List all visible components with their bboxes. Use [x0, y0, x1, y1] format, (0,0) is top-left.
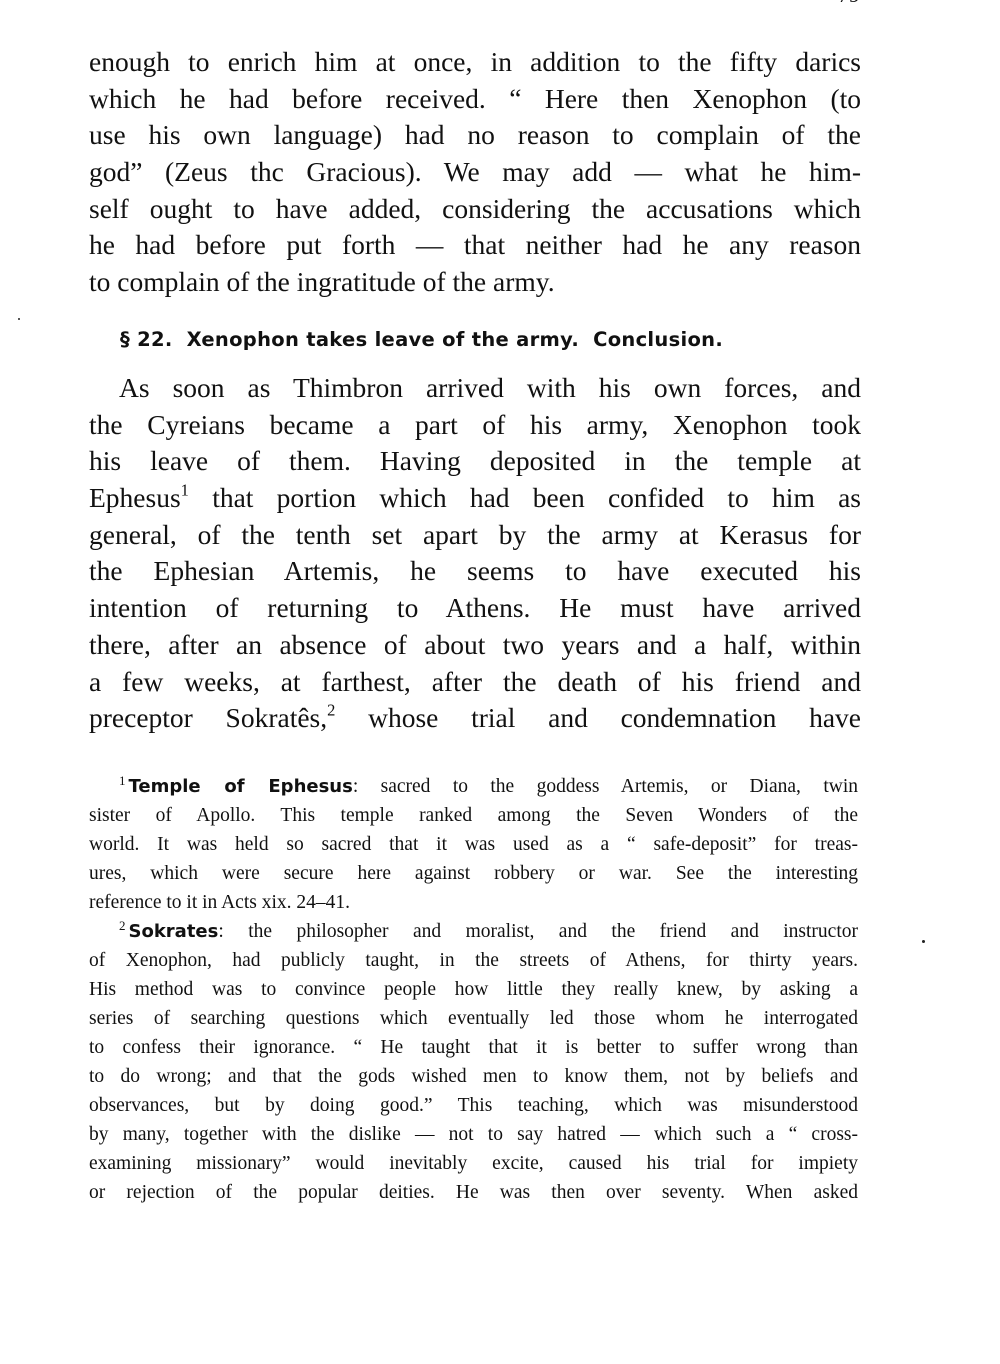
footnote-line: 1Temple of Ephesus: sacred to the goddes… — [89, 772, 858, 801]
footnote-1: 1Temple of Ephesus: sacred to the goddes… — [89, 772, 858, 917]
text-line: a few weeks, at farthest, after the deat… — [89, 664, 861, 701]
text-line: the Cyreians became a part of his army, … — [89, 407, 861, 444]
text-line: to complain of the ingratitude of the ar… — [89, 264, 861, 301]
footnote-line: His method was to convince people how li… — [89, 975, 858, 1004]
footnote-ref-1[interactable]: 1 — [181, 481, 189, 500]
footnote-line: or rejection of the popular deities. He … — [89, 1178, 858, 1207]
text-line: his leave of them. Having deposited in t… — [89, 443, 861, 480]
text-line-with-footnote: preceptor Sokratês,2 whose trial and con… — [89, 700, 861, 737]
text-line: the Ephesian Artemis, he seems to have e… — [89, 553, 861, 590]
text-line: intention of returning to Athens. He mus… — [89, 590, 861, 627]
book-page: 79 enough to enrich him at once, in addi… — [0, 0, 1000, 1364]
scan-speck — [18, 318, 20, 320]
footnote-marker: 2 — [119, 918, 126, 933]
footnote-line: to do wrong; and that the gods wished me… — [89, 1062, 858, 1091]
scan-speck — [922, 940, 925, 943]
text-line: god” (Zeus thc Gracious). We may add — w… — [89, 154, 861, 191]
text-line: he had before put forth — that neither h… — [89, 227, 861, 264]
footnote-line: by many, together with the dislike — not… — [89, 1120, 858, 1149]
footnote-line: observances, but by doing good.” This te… — [89, 1091, 858, 1120]
footnote-label: Sokrates — [129, 921, 219, 942]
footnote-line: reference to it in Acts xix. 24–41. — [89, 888, 858, 917]
paragraph-main: As soon as Thimbron arrived with his own… — [89, 370, 861, 737]
text-line: which he had before received. “ Here the… — [89, 81, 861, 118]
text-line: self ought to have added, considering th… — [89, 191, 861, 228]
section-heading: § 22.Xenophon takes leave of the army.Co… — [120, 328, 840, 351]
footnote-ref-2[interactable]: 2 — [327, 701, 335, 720]
text-line: there, after an absence of about two yea… — [89, 627, 861, 664]
text-line: general, of the tenth set apart by the a… — [89, 517, 861, 554]
footnote-line: examining missionary” would inevitably e… — [89, 1149, 858, 1178]
page-number: 79 — [838, 0, 860, 8]
footnote-line: 2Sokrates: the philosopher and moralist,… — [89, 917, 858, 946]
section-number: § 22. — [120, 328, 173, 351]
footnote-line: world. It was held so sacred that it was… — [89, 830, 858, 859]
section-title: Xenophon takes leave of the army. — [187, 328, 579, 351]
text-line: use his own language) had no reason to c… — [89, 117, 861, 154]
text-line: As soon as Thimbron arrived with his own… — [89, 370, 861, 407]
paragraph-continuation: enough to enrich him at once, in additio… — [89, 44, 861, 301]
text-line: enough to enrich him at once, in additio… — [89, 44, 861, 81]
footnote-2: 2Sokrates: the philosopher and moralist,… — [89, 917, 858, 1207]
footnote-line: to confess their ignorance. “ He taught … — [89, 1033, 858, 1062]
footnote-line: ures, which were secure here against rob… — [89, 859, 858, 888]
footnote-line: of Xenophon, had publicly taught, in the… — [89, 946, 858, 975]
footnote-label: Temple of Ephesus — [129, 776, 353, 797]
footnote-line: sister of Apollo. This temple ranked amo… — [89, 801, 858, 830]
footnote-line: series of searching questions which even… — [89, 1004, 858, 1033]
text-line-with-footnote: Ephesus1 that portion which had been con… — [89, 480, 861, 517]
section-subtitle: Conclusion. — [593, 328, 723, 351]
footnote-marker: 1 — [119, 773, 126, 788]
